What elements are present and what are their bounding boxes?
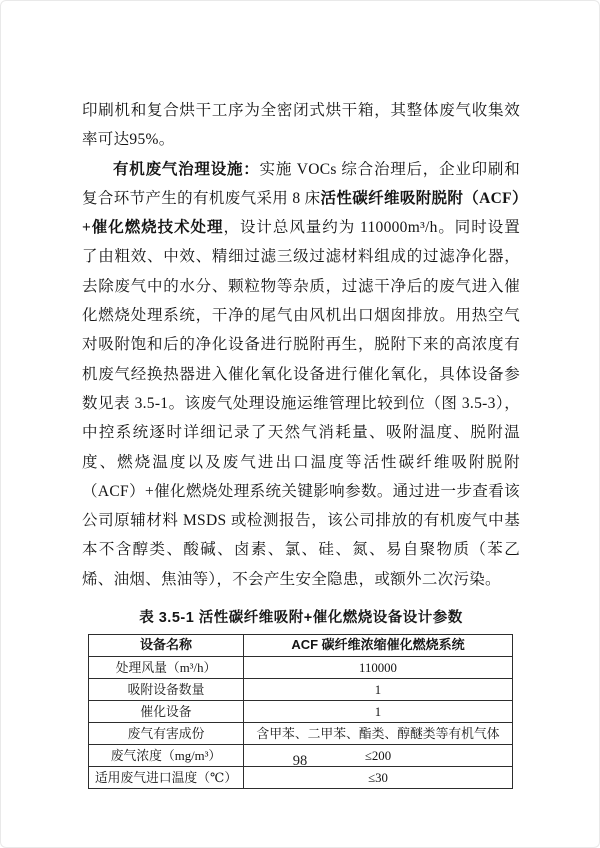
paragraph-waste-gas-treatment: 有机废气治理设施：实施 VOCs 综合治理后，企业印刷和复合环节产生的有机废气采… <box>82 155 520 594</box>
table-caption: 表 3.5-1 活性碳纤维吸附+催化燃烧设备设计参数 <box>82 606 520 627</box>
table-cell: 废气有害成份 <box>89 723 244 745</box>
text-run: ，设计总风量约为 110000m³/h。同时设置了由粗效、中效、精细过滤三级过滤… <box>82 219 520 588</box>
table-cell: 1 <box>244 701 513 723</box>
table-row: 催化设备1 <box>89 701 513 723</box>
page-number: 98 <box>0 753 600 770</box>
table-cell: 吸附设备数量 <box>89 679 244 701</box>
table-header-cell-system-name: ACF 碳纤维浓缩催化燃烧系统 <box>244 635 513 657</box>
text-run: 有机废气治理设施： <box>113 161 260 178</box>
table-cell: 含甲苯、二甲苯、酯类、醇醚类等有机气体 <box>244 723 513 745</box>
table-row: 处理风量（m³/h）110000 <box>89 657 513 679</box>
table-row: 废气有害成份含甲苯、二甲苯、酯类、醇醚类等有机气体 <box>89 723 513 745</box>
paragraph-continuation: 印刷机和复合烘干工序为全密闭式烘干箱，其整体废气收集效率可达95%。 <box>82 96 520 155</box>
table-cell: 处理风量（m³/h） <box>89 657 244 679</box>
table-header-row: 设备名称 ACF 碳纤维浓缩催化燃烧系统 <box>89 635 513 657</box>
table-cell: 催化设备 <box>89 701 244 723</box>
table-cell: 110000 <box>244 657 513 679</box>
text-block: 印刷机和复合烘干工序为全密闭式烘干箱，其整体废气收集效率可达95%。 有机废气治… <box>82 96 520 789</box>
text-run: 印刷机和复合烘干工序为全密闭式烘干箱，其整体废气收集效率可达95%。 <box>82 102 520 148</box>
table-row: 吸附设备数量1 <box>89 679 513 701</box>
table-header-cell-device-name: 设备名称 <box>89 635 244 657</box>
document-page: 印刷机和复合烘干工序为全密闭式烘干箱，其整体废气收集效率可达95%。 有机废气治… <box>0 0 600 848</box>
table-cell: 1 <box>244 679 513 701</box>
